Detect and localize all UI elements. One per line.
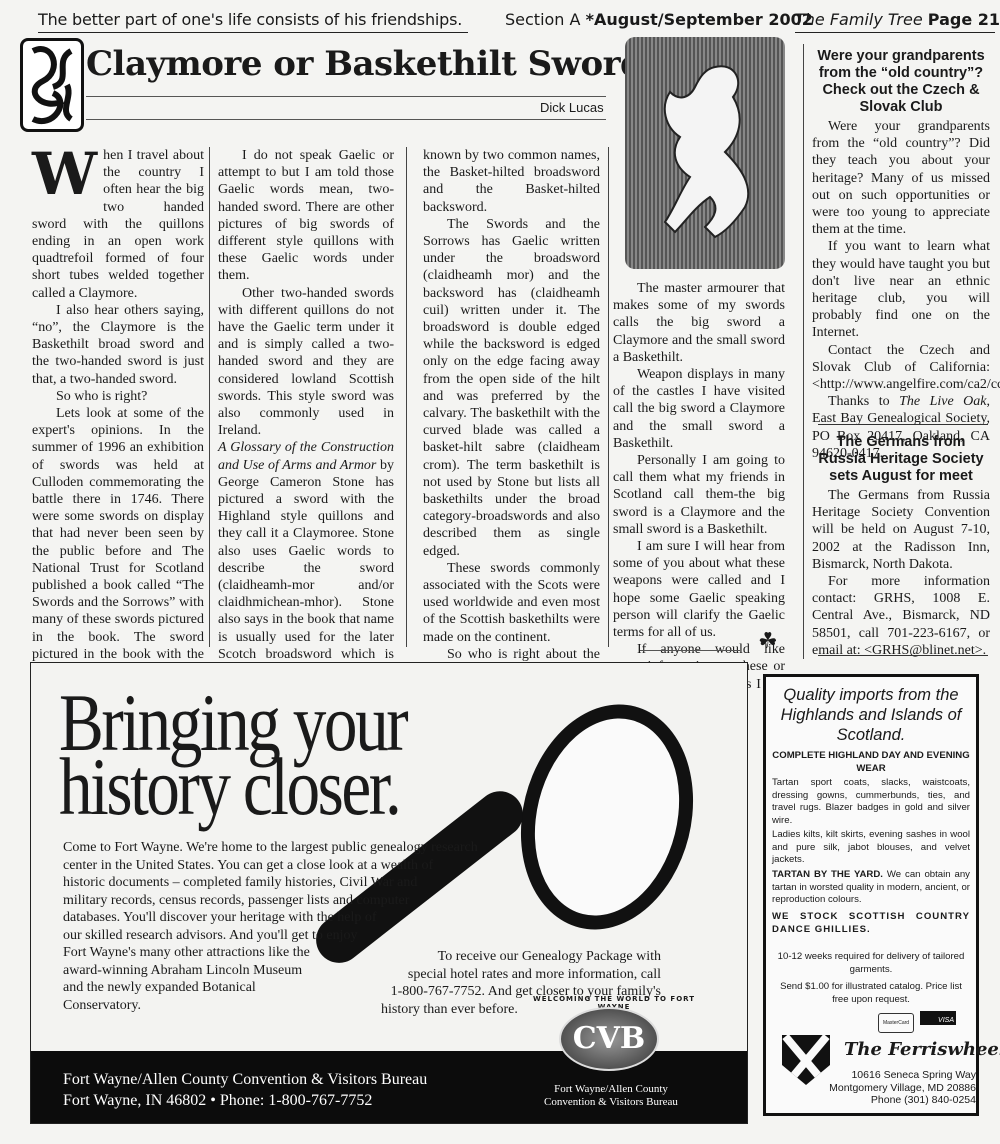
drop-cap: W xyxy=(32,149,97,199)
ferriswheel-address: 10616 Seneca Spring Way Montgomery Villa… xyxy=(826,1069,976,1107)
ad-footer-contact: Fort Wayne/Allen County Convention & Vis… xyxy=(63,1069,427,1111)
magnifying-glass-icon xyxy=(498,686,716,948)
header-quote: The better part of one's life consists o… xyxy=(38,10,462,29)
visa-icon: VISA xyxy=(920,1011,956,1025)
divider xyxy=(818,655,988,656)
story-headline: Were your grandparents from the “old cou… xyxy=(812,48,990,116)
article-column-4: The master armourer that makes some of m… xyxy=(613,280,785,727)
celtic-knot-icon xyxy=(20,38,84,132)
cvb-logo: CVB xyxy=(559,1007,659,1071)
ad-subhead: COMPLETE HIGHLAND DAY AND EVENING WEAR xyxy=(772,749,970,775)
column-divider xyxy=(803,44,804,659)
ferriswheel-logo: The Ferriswheel xyxy=(844,1039,1000,1060)
article-title: Claymore or Baskethilt Swords... xyxy=(86,44,696,84)
column-divider xyxy=(406,147,407,647)
divider xyxy=(795,32,995,33)
saltire-shield-icon xyxy=(782,1035,830,1085)
book-title: A Glossary of the Construction and Use o… xyxy=(218,440,394,472)
triquetra-icon: ☘ xyxy=(758,628,778,654)
story-headline: The Germans from Russia Heritage Society… xyxy=(812,434,990,485)
sidebar-story-czech-slovak: Were your grandparents from the “old cou… xyxy=(812,48,990,462)
fort-wayne-advertisement: Bringing your history closer. Come to Fo… xyxy=(30,662,748,1124)
header-section: Section A *August/September 2002 xyxy=(505,10,813,29)
running-header: The better part of one's life consists o… xyxy=(0,6,1000,34)
cvb-name: Fort Wayne/Allen County Convention & Vis… xyxy=(531,1083,691,1109)
payment-cards: MasterCardVISA xyxy=(878,1011,956,1033)
divider xyxy=(86,96,606,97)
header-page-id: The Family Tree Page 21 xyxy=(795,10,1000,29)
divider xyxy=(38,32,468,33)
divider xyxy=(818,424,988,425)
article-column-3: known by two common names, the Basket-hi… xyxy=(423,147,600,732)
sidebar-story-grhs: The Germans from Russia Heritage Society… xyxy=(812,434,990,659)
divider xyxy=(86,119,606,120)
ferriswheel-advertisement: Quality imports from the Highlands and I… xyxy=(763,674,979,1116)
rampant-lion-illustration xyxy=(625,37,785,269)
mastercard-icon: MasterCard xyxy=(878,1013,914,1033)
article-column-1: When I travel about the country I often … xyxy=(32,147,204,732)
column-divider xyxy=(608,147,609,647)
column-divider xyxy=(209,147,210,647)
ad-headline: Bringing your history closer. xyxy=(59,691,406,819)
divider xyxy=(640,650,740,651)
byline: Dick Lucas xyxy=(540,100,604,115)
ad-headline: Quality imports from the Highlands and I… xyxy=(772,685,970,745)
